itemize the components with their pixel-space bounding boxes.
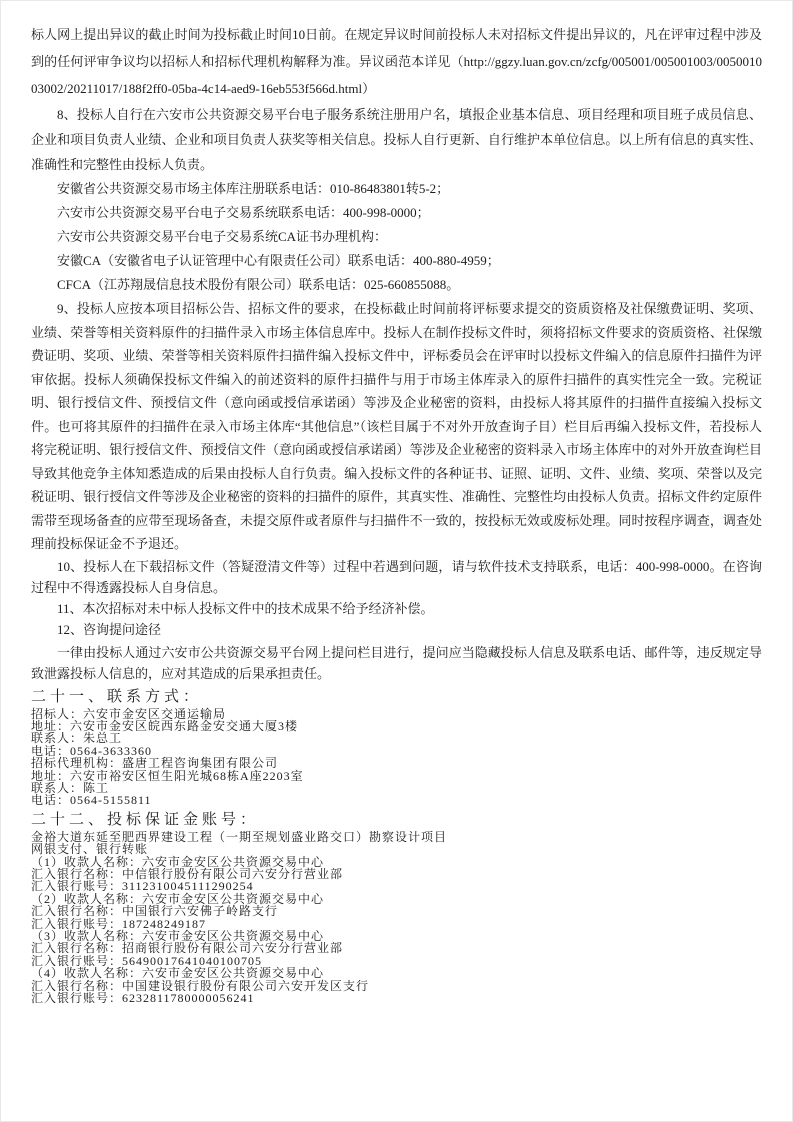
item-9-paragraph: 9、投标人应按本项目招标公告、招标文件的要求，在投标截止时间前将评标要求提交的资… <box>31 297 762 556</box>
contact-phone-line: CFCA（江苏翔晟信息技术股份有限公司）联系电话：025-660855088。 <box>31 273 762 297</box>
contact-phone-line: 安徽省公共资源交易市场主体库注册联系电话：010-86483801转5-2； <box>31 177 762 201</box>
bank-2-name-line: 汇入银行名称：中国银行六安佛子岭路支行 <box>31 905 762 917</box>
contact-phone-line: 六安市公共资源交易平台电子交易系统联系电话：400-998-0000； <box>31 201 762 225</box>
item-8-paragraph: 8、投标人自行在六安市公共资源交易平台电子服务系统注册用户名，填报企业基本信息、… <box>31 102 762 177</box>
item-11-paragraph: 11、本次招标对未中标人投标文件中的技术成果不给予经济补偿。 <box>31 598 762 619</box>
section-22-bank-account-list: 金裕大道东延至肥西界建设工程（一期至规划盛业路交口）勘察设计项目 网银支付、银行… <box>31 831 762 1005</box>
payment-method-line: 网银支付、银行转账 <box>31 843 762 855</box>
agency-phone-line: 电话：0564-5155811 <box>31 794 762 806</box>
tenderer-contact-person-line: 联系人：朱总工 <box>31 732 762 744</box>
bank-1-account-line: 汇入银行账号：3112310045111290254 <box>31 880 762 892</box>
section-21-contact-list: 招标人：六安市金安区交通运输局 地址：六安市金安区皖西东路金安交通大厦3楼 联系… <box>31 708 762 807</box>
tenderer-address-line: 地址：六安市金安区皖西东路金安交通大厦3楼 <box>31 720 762 732</box>
item-10-paragraph: 10、投标人在下载招标文件（答疑澄清文件等）过程中若遇到问题，请与软件技术支持联… <box>31 556 762 598</box>
section-21-heading: 二十一、联系方式： <box>31 688 762 706</box>
item-12-title: 12、咨询提问途径 <box>31 619 762 640</box>
tender-document-page: 标人网上提出异议的截止时间为投标截止时间10日前。在规定异议时间前投标人未对招标… <box>0 0 793 1122</box>
bank-4-account-line: 汇入银行账号：6232811780000056241 <box>31 992 762 1004</box>
bank-3-name-line: 汇入银行名称：招商银行股份有限公司六安分行营业部 <box>31 942 762 954</box>
item-12-body-paragraph: 一律由投标人通过六安市公共资源交易平台网上提问栏目进行，提问应当隐藏投标人信息及… <box>31 642 762 684</box>
agency-address-line: 地址：六安市裕安区恒生阳光城68栋A座2203室 <box>31 770 762 782</box>
contact-phone-line: 安徽CA（安徽省电子认证管理中心有限责任公司）联系电话：400-880-4959… <box>31 249 762 273</box>
registration-contact-block: 安徽省公共资源交易市场主体库注册联系电话：010-86483801转5-2； 六… <box>31 177 762 297</box>
payee-4-name-line: （4）收款人名称：六安市金安区公共资源交易中心 <box>31 967 762 979</box>
agency-name-line: 招标代理机构：盛唐工程咨询集团有限公司 <box>31 757 762 769</box>
section-22-heading: 二十二、投标保证金账号： <box>31 811 762 829</box>
contact-phone-line: 六安市公共资源交易平台电子交易系统CA证书办理机构： <box>31 225 762 249</box>
objection-deadline-paragraph: 标人网上提出异议的截止时间为投标截止时间10日前。在规定异议时间前投标人未对招标… <box>31 21 762 102</box>
items-10-12-block: 10、投标人在下载招标文件（答疑澄清文件等）过程中若遇到问题，请与软件技术支持联… <box>31 556 762 684</box>
